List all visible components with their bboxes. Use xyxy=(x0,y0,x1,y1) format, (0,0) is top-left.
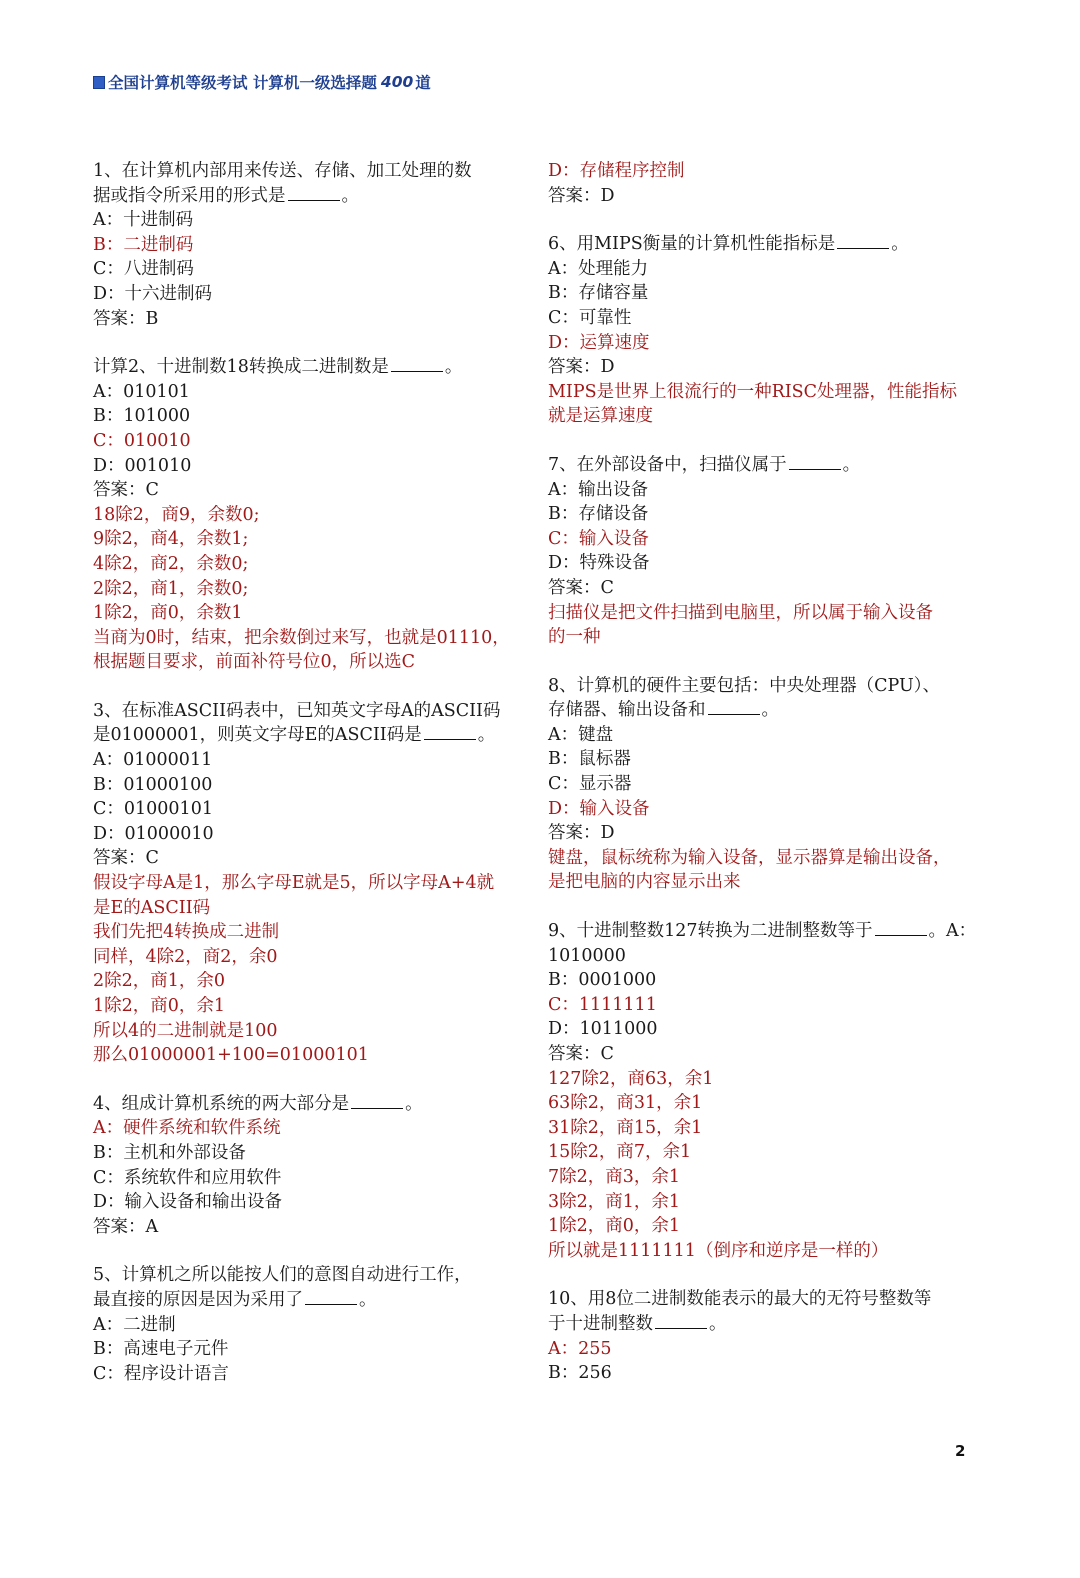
explanation-line: 我们先把4转换成二进制 xyxy=(93,920,533,945)
option: B：101000 xyxy=(93,404,533,429)
explanation-line: 2除2，商1，余0 xyxy=(93,969,533,994)
answer-line: 答案：C xyxy=(548,576,998,601)
question-stem-text: 10、用8位二进制数能表示的最大的无符号整数等 xyxy=(548,1289,931,1309)
question-block: 4、组成计算机系统的两大部分是。A：硬件系统和软件系统B：主机和外部设备C：系统… xyxy=(93,1092,533,1240)
answer-line: 答案：A xyxy=(93,1215,533,1240)
question-period: 。 xyxy=(342,186,360,206)
explanation-line: 是把电脑的内容显示出来 xyxy=(548,870,998,895)
question-block: 1、在计算机内部用来传送、存储、加工处理的数据或指令所采用的形式是。A：十进制码… xyxy=(93,159,533,331)
question-stem-text: 据或指令所采用的形式是 xyxy=(93,186,286,206)
option: A：十进制码 xyxy=(93,208,533,233)
correct-option: B：二进制码 xyxy=(93,233,533,258)
explanation-line: 4除2，商2，余数0; xyxy=(93,552,533,577)
question-period: 。 xyxy=(359,1290,377,1310)
question-period: 。 xyxy=(405,1094,423,1114)
question-stem-line: 5、计算机之所以能按人们的意图自动进行工作， xyxy=(93,1263,533,1288)
question-block: 8、计算机的硬件主要包括：中央处理器（CPU）、存储器、输出设备和。A：键盘B：… xyxy=(548,674,998,895)
correct-option: A：255 xyxy=(548,1337,998,1362)
explanation-line: 31除2，商15，余1 xyxy=(548,1116,998,1141)
question-period: 。 xyxy=(445,357,463,377)
question-stem-line: 据或指令所采用的形式是。 xyxy=(93,184,533,209)
explanation-line: 是E的ASCII码 xyxy=(93,896,533,921)
document-header: 全国计算机等级考试 计算机一级选择题 400 道 xyxy=(93,71,431,93)
answer-line: 答案：D xyxy=(548,821,998,846)
question-stem-text: 9、十进制整数127转换为二进制整数等于 xyxy=(548,921,873,941)
answer-blank xyxy=(708,698,760,715)
answer-line: 答案：D xyxy=(548,355,998,380)
question-stem-text: 5、计算机之所以能按人们的意图自动进行工作， xyxy=(93,1265,472,1285)
correct-option: D：输入设备 xyxy=(548,797,998,822)
explanation-line: 就是运算速度 xyxy=(548,404,998,429)
explanation-line: 2除2，商1，余数0; xyxy=(93,577,533,602)
explanation-line: 键盘，鼠标统称为输入设备，显示器算是输出设备， xyxy=(548,846,998,871)
question-stem-text: 存储器、输出设备和 xyxy=(548,700,706,720)
explanation-line: 1除2，商0，余数1 xyxy=(93,601,533,626)
explanation-line: 1除2，商0，余1 xyxy=(548,1214,998,1239)
question-stem-line: 计算2、十进制数18转换成二进制数是。 xyxy=(93,355,533,380)
question-period: 。 xyxy=(891,234,909,254)
continued-question-block: D：存储程序控制答案：D xyxy=(548,159,998,208)
question-stem-line: 7、在外部设备中，扫描仪属于。 xyxy=(548,453,998,478)
option: B：高速电子元件 xyxy=(93,1337,533,1362)
question-block: 3、在标准ASCII码表中，已知英文字母A的ASCII码是01000001，则英… xyxy=(93,699,533,1068)
explanation-line: 同样，4除2，商2，余0 xyxy=(93,945,533,970)
explanation-line: 所以4的二进制就是100 xyxy=(93,1019,533,1044)
question-stem-text: 3、在标准ASCII码表中，已知英文字母A的ASCII码 xyxy=(93,701,500,721)
question-period: 。 xyxy=(762,700,780,720)
option: B：主机和外部设备 xyxy=(93,1141,533,1166)
option: B：存储设备 xyxy=(548,502,998,527)
option: D：001010 xyxy=(93,454,533,479)
option: C：八进制码 xyxy=(93,257,533,282)
explanation-line: 所以就是1111111（倒序和逆序是一样的） xyxy=(548,1239,998,1264)
answer-blank xyxy=(837,232,889,249)
blue-square-icon xyxy=(93,76,105,89)
question-period: 。 xyxy=(843,455,861,475)
right-column: D：存储程序控制答案：D6、用MIPS衡量的计算机性能指标是。A：处理能力B：存… xyxy=(548,159,998,1410)
question-stem-line: 9、十进制整数127转换为二进制整数等于。A： xyxy=(548,919,998,944)
correct-option: D：存储程序控制 xyxy=(548,159,998,184)
question-stem-text: 计算2、十进制数18转换成二进制数是 xyxy=(93,357,389,377)
option: B：01000100 xyxy=(93,773,533,798)
answer-blank xyxy=(351,1092,403,1109)
option: A：二进制 xyxy=(93,1313,533,1338)
explanation-line: 63除2，商31，余1 xyxy=(548,1091,998,1116)
correct-option: A：硬件系统和软件系统 xyxy=(93,1116,533,1141)
header-title-number: 400 xyxy=(381,73,413,91)
answer-line: 答案：D xyxy=(548,184,998,209)
question-block: 7、在外部设备中，扫描仪属于。A：输出设备B：存储设备C：输入设备D：特殊设备答… xyxy=(548,453,998,650)
option: B：256 xyxy=(548,1361,998,1386)
question-stem-line: 8、计算机的硬件主要包括：中央处理器（CPU）、 xyxy=(548,674,998,699)
correct-option: C：输入设备 xyxy=(548,527,998,552)
question-stem-line: 于十进制整数。 xyxy=(548,1312,998,1337)
answer-blank xyxy=(424,723,476,740)
option: A：键盘 xyxy=(548,723,998,748)
option: C：系统软件和应用软件 xyxy=(93,1166,533,1191)
answer-blank xyxy=(391,355,443,372)
question-stem-text: 1、在计算机内部用来传送、存储、加工处理的数 xyxy=(93,161,472,181)
question-stem-line: 1、在计算机内部用来传送、存储、加工处理的数 xyxy=(93,159,533,184)
answer-blank xyxy=(655,1312,707,1329)
correct-option: C：010010 xyxy=(93,429,533,454)
option: A：010101 xyxy=(93,380,533,405)
option: B：鼠标器 xyxy=(548,747,998,772)
question-stem-line: 是01000001，则英文字母E的ASCII码是。 xyxy=(93,723,533,748)
option: C：01000101 xyxy=(93,797,533,822)
explanation-line: 1除2，商0，余1 xyxy=(93,994,533,1019)
question-period: 。 xyxy=(709,1314,727,1334)
answer-blank xyxy=(288,184,340,201)
option: A：处理能力 xyxy=(548,257,998,282)
answer-line: 答案：B xyxy=(93,307,533,332)
answer-line: 答案：C xyxy=(93,846,533,871)
explanation-line: 7除2，商3，余1 xyxy=(548,1165,998,1190)
explanation-line: 3除2，商1，余1 xyxy=(548,1190,998,1215)
question-block: 6、用MIPS衡量的计算机性能指标是。A：处理能力B：存储容量C：可靠性D：运算… xyxy=(548,232,998,429)
explanation-line: 那么01000001+100=01000101 xyxy=(93,1043,533,1068)
question-stem-line: 4、组成计算机系统的两大部分是。 xyxy=(93,1092,533,1117)
option: B：存储容量 xyxy=(548,281,998,306)
question-block: 5、计算机之所以能按人们的意图自动进行工作，最直接的原因是因为采用了。A：二进制… xyxy=(93,1263,533,1386)
page-number: 2 xyxy=(955,1442,965,1460)
explanation-line: 假设字母A是1，那么字母E就是5，所以字母A+4就 xyxy=(93,871,533,896)
question-stem-text: 8、计算机的硬件主要包括：中央处理器（CPU）、 xyxy=(548,676,940,696)
option: D：十六进制码 xyxy=(93,282,533,307)
question-stem-line: 3、在标准ASCII码表中，已知英文字母A的ASCII码 xyxy=(93,699,533,724)
question-stem-text: 4、组成计算机系统的两大部分是 xyxy=(93,1094,349,1114)
explanation-line: 根据题目要求，前面补符号位0，所以选C xyxy=(93,650,533,675)
question-block: 9、十进制整数127转换为二进制整数等于。A：1010000B：0001000C… xyxy=(548,919,998,1263)
explanation-line: MIPS是世界上很流行的一种RISC处理器，性能指标 xyxy=(548,380,998,405)
question-stem-text: 最直接的原因是因为采用了 xyxy=(93,1290,303,1310)
explanation-line: 当商为0时，结束，把余数倒过来写，也就是01110， xyxy=(93,626,533,651)
question-period: 。 xyxy=(478,725,496,745)
explanation-line: 18除2，商9，余数0; xyxy=(93,503,533,528)
option: D：特殊设备 xyxy=(548,551,998,576)
question-stem-text: 6、用MIPS衡量的计算机性能指标是 xyxy=(548,234,835,254)
option: 1010000 xyxy=(548,944,998,969)
question-stem-text: 7、在外部设备中，扫描仪属于 xyxy=(548,455,787,475)
left-column: 1、在计算机内部用来传送、存储、加工处理的数据或指令所采用的形式是。A：十进制码… xyxy=(93,159,533,1410)
question-stem-line: 最直接的原因是因为采用了。 xyxy=(93,1288,533,1313)
answer-line: 答案：C xyxy=(93,478,533,503)
option: D：输入设备和输出设备 xyxy=(93,1190,533,1215)
answer-line: 答案：C xyxy=(548,1042,998,1067)
question-stem-line: 存储器、输出设备和。 xyxy=(548,698,998,723)
explanation-line: 9除2，商4，余数1; xyxy=(93,527,533,552)
option: C：显示器 xyxy=(548,772,998,797)
option: D：1011000 xyxy=(548,1017,998,1042)
answer-blank xyxy=(789,453,841,470)
option: C：可靠性 xyxy=(548,306,998,331)
question-block: 计算2、十进制数18转换成二进制数是。A：010101B：101000C：010… xyxy=(93,355,533,675)
header-title-part1: 全国计算机等级考试 计算机一级选择题 xyxy=(108,71,377,93)
correct-option: C：1111111 xyxy=(548,993,998,1018)
question-stem-line: 6、用MIPS衡量的计算机性能指标是。 xyxy=(548,232,998,257)
option: A：输出设备 xyxy=(548,478,998,503)
explanation-line: 15除2，商7，余1 xyxy=(548,1140,998,1165)
option: A：01000011 xyxy=(93,748,533,773)
explanation-line: 的一种 xyxy=(548,625,998,650)
question-stem-text: 于十进制整数 xyxy=(548,1314,653,1334)
answer-blank xyxy=(875,919,927,936)
option: D：01000010 xyxy=(93,822,533,847)
question-stem-line: 10、用8位二进制数能表示的最大的无符号整数等 xyxy=(548,1287,998,1312)
explanation-line: 扫描仪是把文件扫描到电脑里，所以属于输入设备 xyxy=(548,601,998,626)
question-block: 10、用8位二进制数能表示的最大的无符号整数等于十进制整数。A：255B：256 xyxy=(548,1287,998,1385)
option: C：程序设计语言 xyxy=(93,1362,533,1387)
correct-option: D：运算速度 xyxy=(548,331,998,356)
option: B：0001000 xyxy=(548,968,998,993)
answer-blank xyxy=(305,1288,357,1305)
question-stem-text: 是01000001，则英文字母E的ASCII码是 xyxy=(93,725,422,745)
question-stem-tail: 。A： xyxy=(929,921,977,941)
header-title-part2: 道 xyxy=(415,71,431,93)
explanation-line: 127除2，商63，余1 xyxy=(548,1067,998,1092)
